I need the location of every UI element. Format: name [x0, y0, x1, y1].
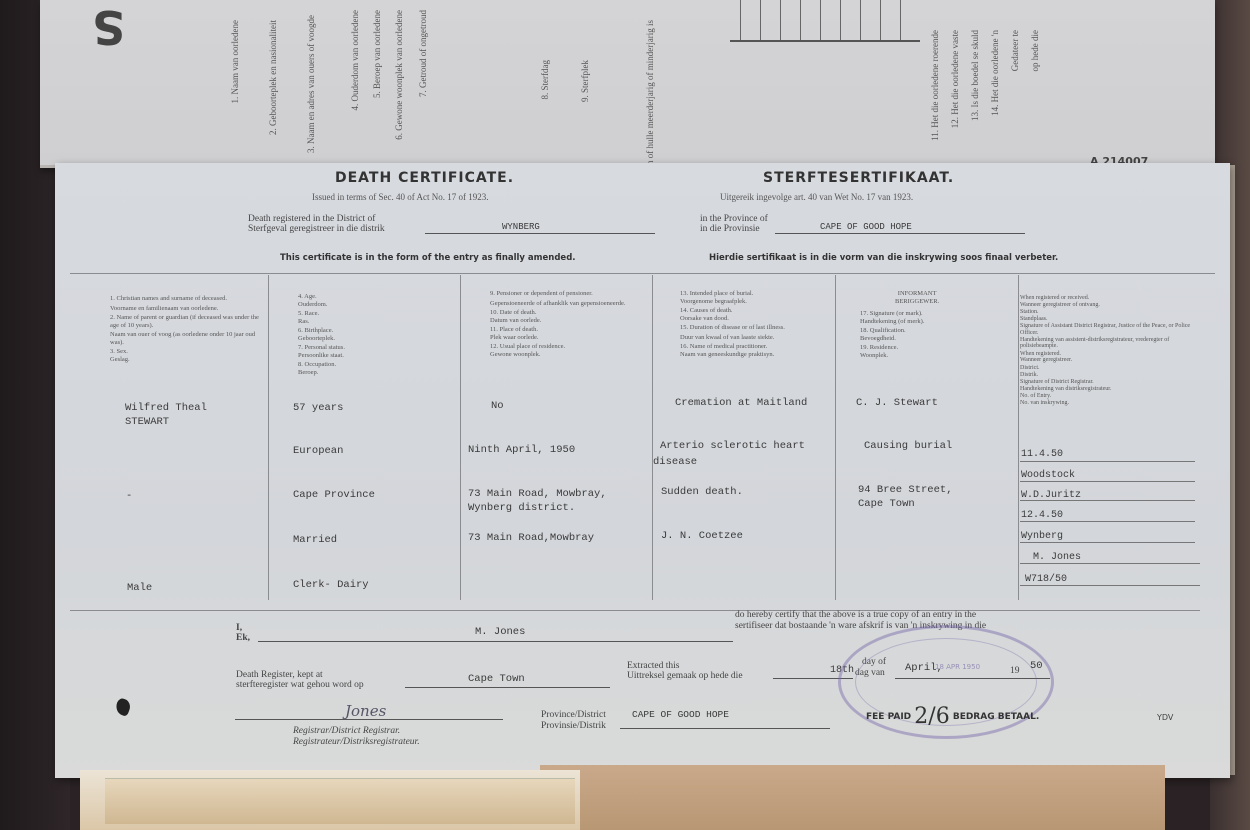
- signature-line: [235, 719, 503, 720]
- register-label-en: Death Register, kept at: [236, 670, 323, 680]
- fee-label-af: BEDRAG BETAAL.: [953, 712, 1039, 722]
- province-label-en: in the Province of: [700, 214, 768, 224]
- cause-of-death-line2: disease: [653, 456, 697, 468]
- registered-on: 12.4.50: [1021, 510, 1063, 521]
- district-registrar: M. Jones: [1033, 552, 1081, 563]
- column-divider: [652, 275, 653, 600]
- column-header-2: 4. Age.Ouderdom. 5. Race.Ras. 6. Birthpl…: [298, 293, 448, 376]
- top-book-page: S 1. Naam van oorledene 2. Geboorteplek …: [40, 0, 1215, 168]
- envelope-below: [540, 765, 1165, 830]
- entry-number: W718/50: [1025, 574, 1067, 585]
- title-afrikaans: STERFTESERTIFIKAAT.: [763, 170, 954, 186]
- column-divider: [1018, 275, 1019, 600]
- age-value: 57 years: [293, 402, 343, 414]
- fee-amount: 2/6: [914, 704, 949, 729]
- register-place-line: [405, 687, 610, 688]
- registrar-signature: Jones: [345, 702, 386, 720]
- race-value: European: [293, 445, 343, 457]
- top-page-item: op hede die: [1030, 30, 1040, 71]
- registrar-name-line: [258, 641, 733, 642]
- top-page-item: 10. Name van kinders van oorledene en of…: [645, 20, 655, 168]
- district-label-en: Death registered in the District of: [248, 214, 375, 224]
- informant-header-title: INFORMANT BERIGGEWER.: [895, 290, 939, 305]
- informant-residence-line2: Cape Town: [858, 498, 915, 510]
- form-code: YDV: [1157, 713, 1173, 723]
- entry-line: [1020, 563, 1200, 564]
- top-page-item: 2. Geboorteplek en nasionaliteit: [268, 20, 278, 135]
- top-page-item: 8. Sterfdag: [540, 60, 550, 100]
- cause-of-death-line1: Arterio sclerotic heart: [660, 440, 805, 452]
- province-district-label-af: Provinsie/Distrik: [541, 721, 606, 731]
- occupation-value: Clerk- Dairy: [293, 579, 369, 591]
- ruled-line: [820, 0, 821, 40]
- page-big-letter: S: [92, 0, 125, 54]
- informant-qualification: Causing burial: [864, 440, 952, 452]
- district-value: WYNBERG: [502, 222, 540, 232]
- illness-duration: Sudden death.: [661, 486, 743, 498]
- note-afrikaans: Hierdie sertifikaat is in die vorm van d…: [709, 253, 1058, 263]
- top-page-item: Gedateer te: [1010, 30, 1020, 71]
- title-english: DEATH CERTIFICATE.: [335, 170, 514, 186]
- top-page-item: 13. Is die boedel se skuld: [970, 30, 980, 121]
- note-english: This certificate is in the form of the e…: [280, 253, 576, 263]
- status-value: Married: [293, 534, 337, 546]
- informant-signature: C. J. Stewart: [856, 397, 938, 409]
- ruled-line: [840, 0, 841, 40]
- column-divider: [835, 275, 836, 600]
- top-page-item: 11. Het die oorledene roerende: [930, 30, 940, 141]
- top-page-item: 12. Het die oorledene vaste: [950, 30, 960, 128]
- top-page-item: 6. Gewone woonplek van oorledene: [394, 10, 404, 140]
- date-of-death: Ninth April, 1950: [468, 444, 575, 456]
- province-district-label-en: Province/District: [541, 710, 606, 720]
- ruled-divider: [730, 40, 920, 42]
- certify-en: do hereby certify that the above is a tr…: [735, 610, 976, 620]
- district-line: [425, 233, 655, 234]
- ruled-line: [760, 0, 761, 40]
- parent-guardian: -: [126, 490, 132, 502]
- papers-below-2: [105, 778, 575, 824]
- register-place: Cape Town: [468, 673, 525, 685]
- province-district-value: CAPE OF GOOD HOPE: [632, 709, 729, 720]
- subtitle-english: Issued in terms of Sec. 40 of Act No. 17…: [312, 192, 488, 202]
- entry-line: [1020, 542, 1195, 543]
- ruled-line: [880, 0, 881, 40]
- ruled-line: [800, 0, 801, 40]
- top-page-item: 3. Naam en adres van ouers of voogde: [306, 15, 316, 153]
- entry-line: [1020, 500, 1195, 501]
- registrar-title-af: Registrateur/Distriksregistrateur.: [293, 737, 420, 747]
- subtitle-afrikaans: Uitgereik ingevolge art. 40 van Wet No. …: [720, 192, 913, 202]
- registrar-name: M. Jones: [475, 626, 525, 638]
- top-page-item: 7. Getroud of ongetroud: [418, 10, 428, 97]
- sex-value: Male: [127, 582, 152, 594]
- fee-paid: FEE PAID 2/6 BEDRAG BETAAL.: [866, 704, 1039, 729]
- place-of-death-line1: 73 Main Road, Mowbray,: [468, 488, 607, 500]
- column-header-1: 1. Christian names and surname of deceas…: [110, 295, 260, 363]
- stamp-date: 18 APR 1950: [935, 663, 980, 671]
- column-header-6: When registered or received.Wanneer gere…: [1020, 295, 1200, 407]
- top-page-item: 5. Beroep van oorledene: [372, 10, 382, 98]
- table-top-border: [70, 273, 1215, 274]
- ruled-line: [900, 0, 901, 40]
- extracted-af: Uittreksel gemaak op hede die: [627, 671, 743, 681]
- top-page-item: 14. Het die oorledene 'n: [990, 30, 1000, 116]
- top-page-item: 9. Sterfplek: [580, 60, 590, 102]
- province-district-line: [620, 728, 830, 729]
- entry-line: [1020, 481, 1195, 482]
- province-line: [775, 233, 1025, 234]
- column-divider: [460, 275, 461, 600]
- informant-residence-line1: 94 Bree Street,: [858, 484, 953, 496]
- registry-district: Wynberg: [1021, 531, 1063, 542]
- pensioner-value: No: [491, 400, 504, 412]
- ruled-line: [740, 0, 741, 40]
- birthplace-value: Cape Province: [293, 489, 375, 501]
- province-label-af: in die Provinsie: [700, 224, 760, 234]
- place-of-death-line2: Wynberg district.: [468, 502, 575, 514]
- deceased-name-surname: STEWART: [125, 416, 169, 428]
- i-label-en: I,: [236, 623, 242, 633]
- top-page-item: 4. Ouderdom van oorledene: [350, 10, 360, 110]
- top-page-item: 1. Naam van oorledene: [230, 20, 240, 103]
- ruled-line: [780, 0, 781, 40]
- table-bottom-border: [70, 610, 1200, 611]
- district-label-af: Sterfgeval geregistreer in die distrik: [248, 224, 385, 234]
- usual-residence: 73 Main Road,Mowbray: [468, 532, 594, 544]
- entry-line: [1020, 461, 1195, 462]
- deceased-name-first: Wilfred Theal: [125, 402, 207, 414]
- i-label-af: Ek,: [236, 633, 250, 643]
- extracted-en: Extracted this: [627, 661, 680, 671]
- station-value: Woodstock: [1021, 470, 1075, 481]
- column-divider: [268, 275, 269, 600]
- burial-place: Cremation at Maitland: [675, 397, 807, 409]
- register-label-af: sterfteregister wat gehou word op: [236, 680, 364, 690]
- column-header-4: 13. Intended place of burial.Voorgenome …: [680, 290, 825, 358]
- ruled-line: [860, 0, 861, 40]
- entry-line: [1020, 521, 1195, 522]
- column-header-3: 9. Pensioner or dependent of pensioner. …: [490, 290, 640, 358]
- medical-practitioner: J. N. Coetzee: [661, 530, 743, 542]
- registrar-title-en: Registrar/District Registrar.: [293, 726, 400, 736]
- entry-line: [1020, 585, 1200, 586]
- registered-date: 11.4.50: [1021, 449, 1063, 460]
- column-header-5: 17. Signature (or mark).Handtekening (of…: [860, 310, 1010, 359]
- fee-label-en: FEE PAID: [866, 712, 911, 722]
- province-value: CAPE OF GOOD HOPE: [820, 222, 912, 232]
